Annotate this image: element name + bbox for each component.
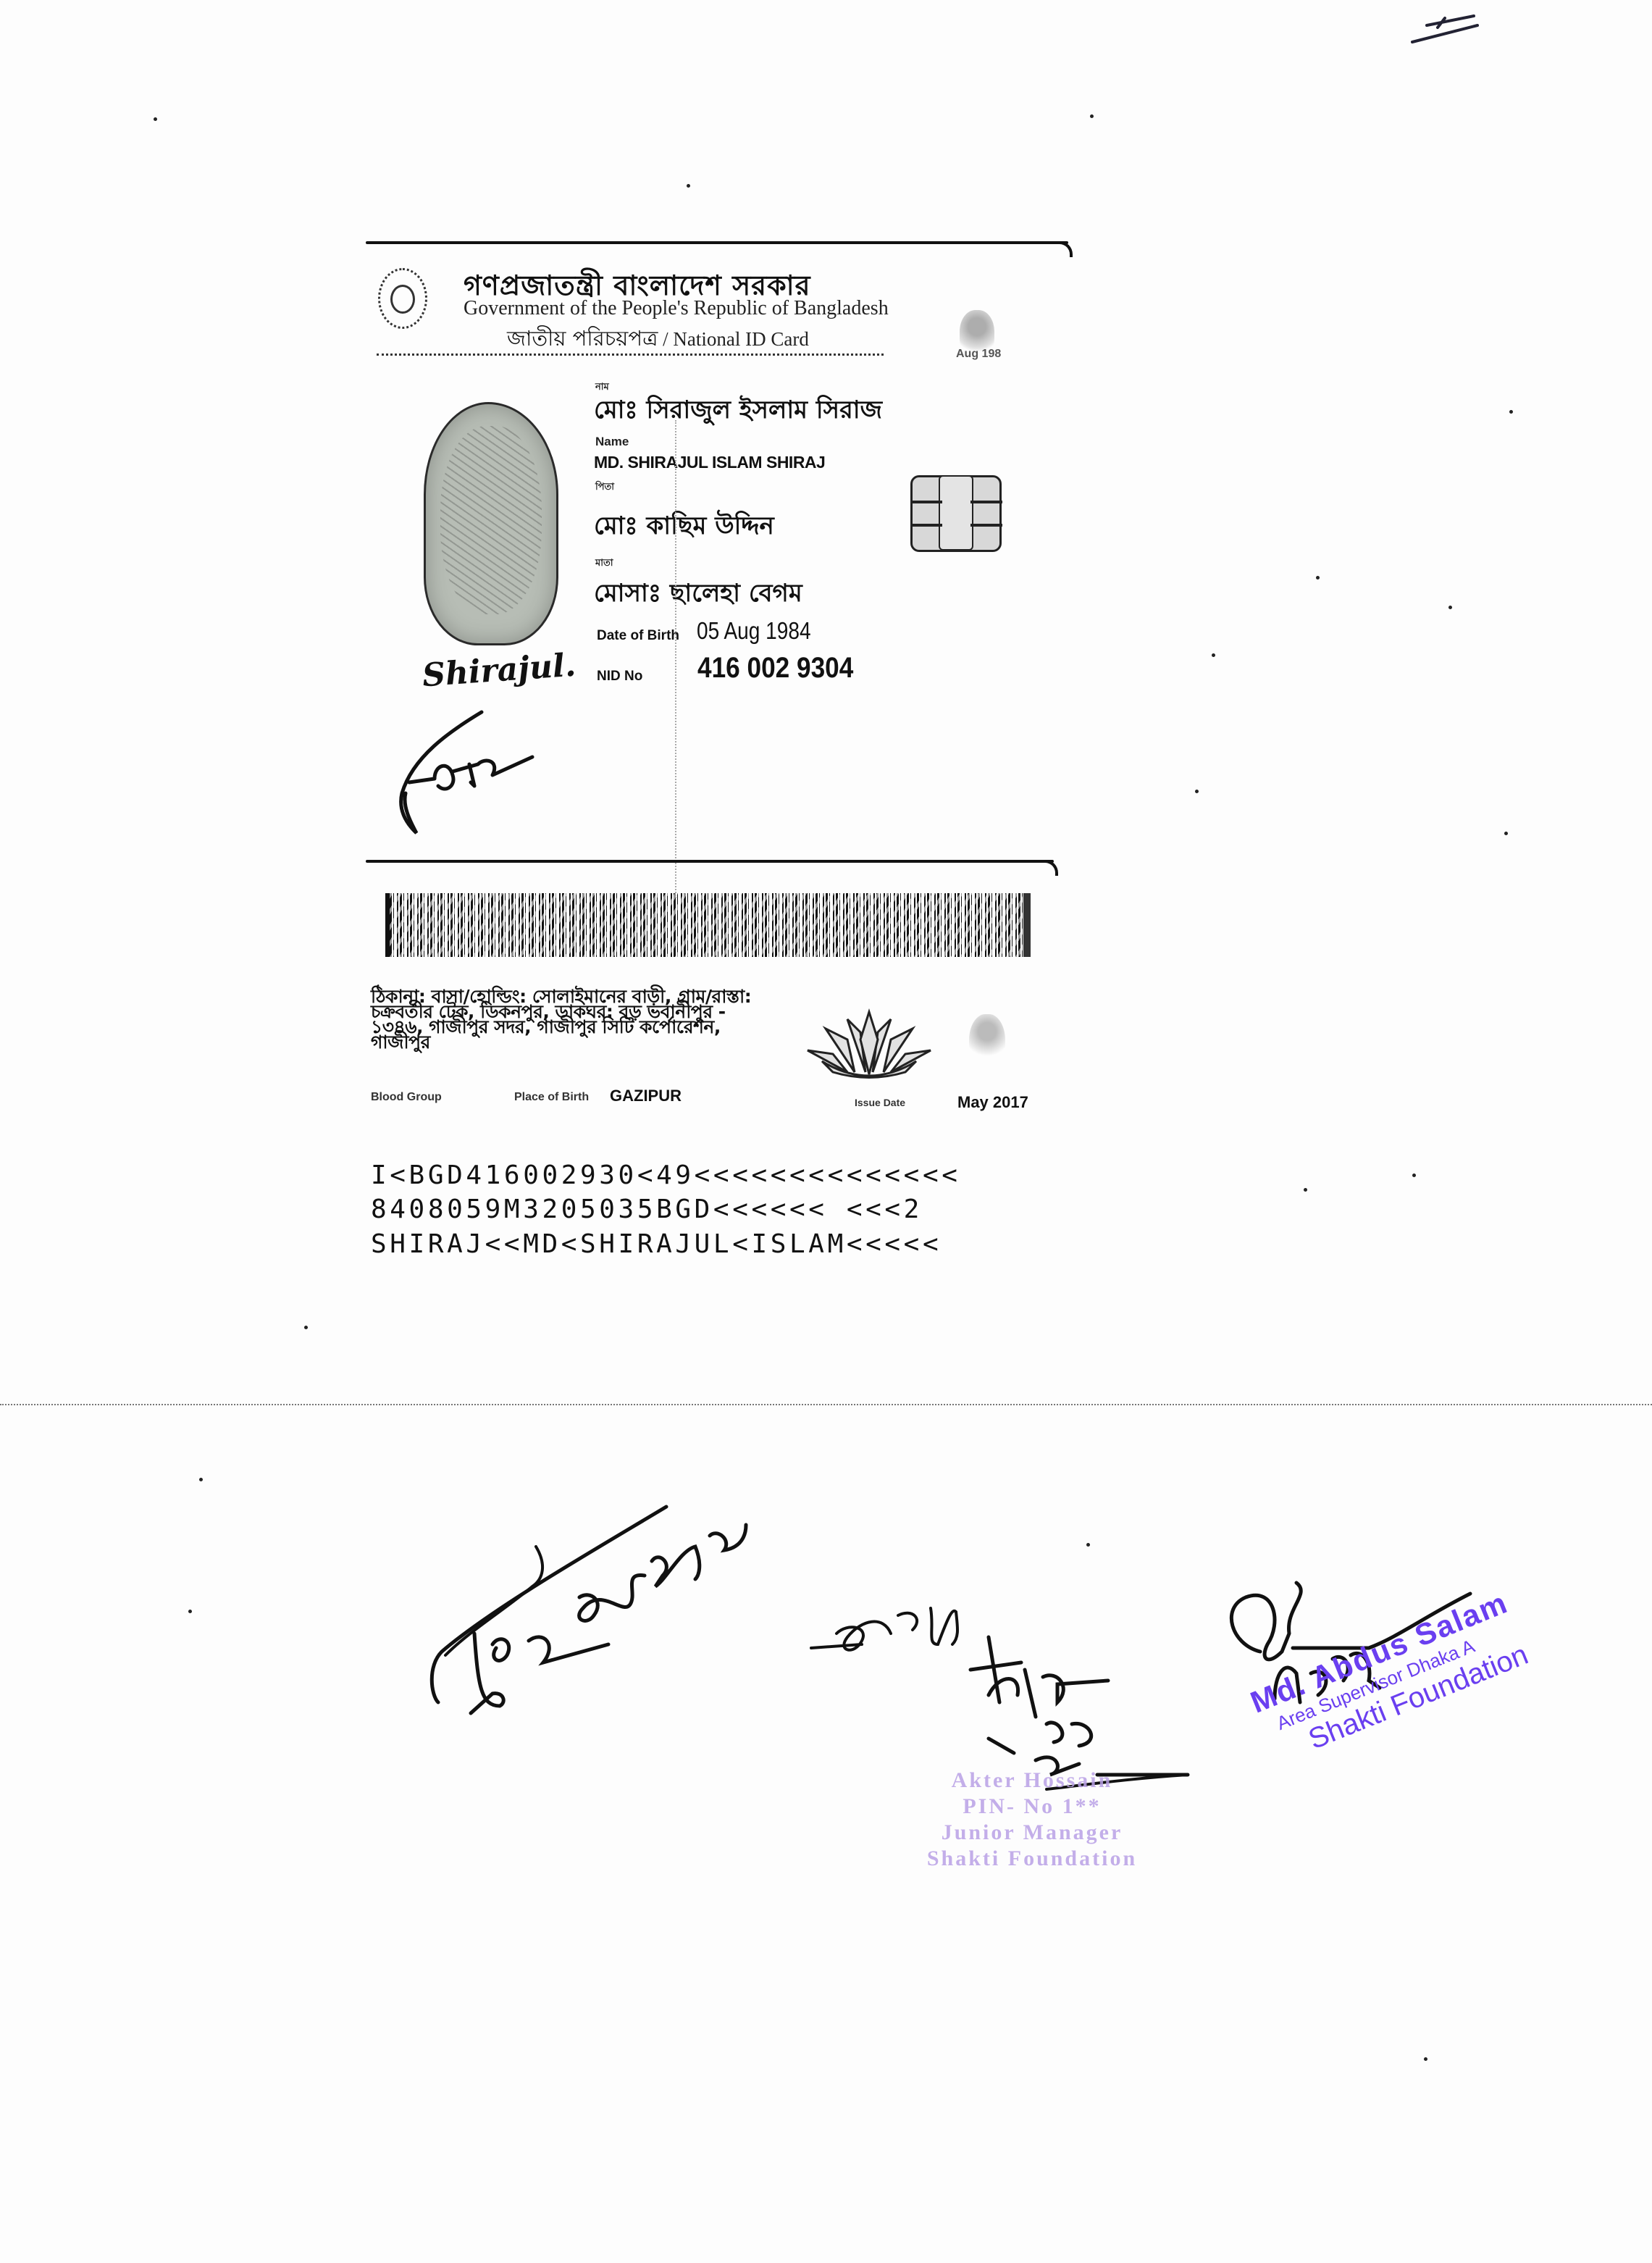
mrz-line-3: SHIRAJ<<MD<SHIRAJUL<ISLAM<<<<< (371, 1231, 942, 1258)
mother-value: মোসাঃ ছালেহা বেগম (594, 574, 802, 616)
issue-date-value: May 2017 (957, 1093, 1028, 1112)
speck (199, 1478, 203, 1481)
page-fold-line (0, 1404, 1652, 1405)
nid-label: NID No (597, 669, 642, 685)
stamp-1-line-name: Akter Hossain (894, 1768, 1170, 1794)
holder-signature-latin: Shirajul. (421, 647, 576, 695)
card-top-edge (366, 241, 1068, 244)
nid-value: 416 002 9304 (697, 652, 853, 685)
father-value: মোঃ কাছিম উদ্দিন (594, 507, 774, 548)
dob-value: 05 Aug 1984 (697, 617, 811, 645)
card-type-en: National ID Card (673, 328, 808, 350)
speck (188, 1610, 192, 1613)
card-back-top-edge (366, 860, 1054, 863)
name-en-label: Name (595, 435, 629, 449)
address-text: ঠিকানা: বাসা/হোল্ডিং: সোলাইমানের বাড়ী, … (371, 989, 776, 1050)
ghost-hologram-text: Aug 198 (956, 348, 1001, 361)
speck (1424, 2057, 1427, 2061)
header-title-en: Government of the People's Republic of B… (464, 297, 889, 320)
speck (304, 1326, 308, 1329)
mother-label: মাতা (595, 556, 613, 572)
speck (687, 184, 690, 188)
stamp-1-line-pin: PIN- No 1** (894, 1794, 1170, 1820)
card-type-sep: / (658, 328, 673, 350)
dob-label: Date of Birth (597, 628, 679, 644)
water-lily-emblem-icon (804, 1011, 934, 1083)
ghost-hologram-back (969, 1014, 1005, 1072)
speck (1086, 1543, 1090, 1547)
speck (1448, 606, 1452, 609)
signature-1-handwritten (406, 1507, 782, 1724)
place-of-birth-value: GAZIPUR (610, 1087, 682, 1105)
speck (1090, 114, 1094, 118)
card-type-title: জাতীয় পরিচয়পত্র / National ID Card (507, 322, 809, 358)
blood-group-label: Blood Group (371, 1091, 442, 1104)
place-of-birth-label: Place of Birth (514, 1091, 589, 1104)
fold-crease (675, 420, 676, 898)
speck (1195, 790, 1199, 793)
issue-date-label: Issue Date (855, 1097, 905, 1108)
pdf417-barcode (385, 893, 1031, 957)
header-divider (377, 354, 884, 356)
stamp-1-line-org: Shakti Foundation (894, 1846, 1170, 1872)
government-emblem-icon (378, 268, 427, 329)
smart-chip-icon (910, 475, 1002, 552)
name-bn-value: মোঃ সিরাজুল ইসলাম সিরাজ (594, 391, 882, 432)
stamp-1-line-role: Junior Manager (894, 1820, 1170, 1846)
name-en-value: MD. SHIRAJUL ISLAM SHIRAJ (594, 453, 825, 472)
stamp-junior-manager: Akter Hossain PIN- No 1** Junior Manager… (894, 1768, 1170, 1872)
mrz-line-2: 8408059M3205035BGD<<<<<< <<<2 (371, 1197, 923, 1223)
corner-pen-mark (1405, 7, 1492, 51)
speck (1316, 576, 1320, 580)
speck (1412, 1174, 1416, 1177)
speck (1504, 832, 1508, 835)
holder-photo (424, 402, 558, 645)
speck (1212, 653, 1215, 657)
mrz-line-1: I<BGD416002930<49<<<<<<<<<<<<<< (371, 1163, 961, 1189)
speck (154, 117, 157, 121)
speck (1304, 1188, 1307, 1192)
speck (1509, 410, 1513, 414)
father-label: পিতা (595, 480, 614, 495)
card-type-bn: জাতীয় পরিচয়পত্র (507, 326, 658, 351)
holder-signature-bn (384, 706, 572, 837)
